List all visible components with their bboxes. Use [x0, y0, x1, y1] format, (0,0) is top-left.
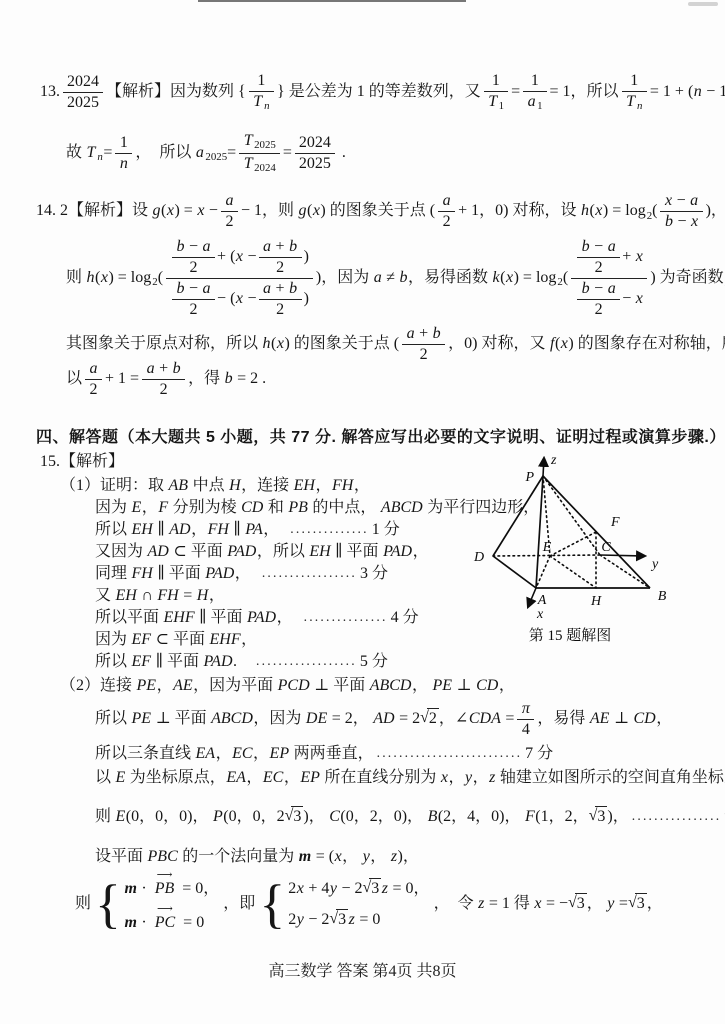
figure-question-15: P z D E C y F A H B x 第 15 题解图 — [460, 448, 690, 653]
solution-line-15-2-1: （2）连接 PE，AE，因为平面 PCD ⊥ 平面 ABCD， PE ⊥ CD， — [60, 676, 515, 697]
figure-caption: 第 15 题解图 — [529, 627, 612, 644]
label-x-axis: x — [536, 607, 544, 622]
question-15-header: 15.【解析】 — [40, 452, 124, 473]
solution-line-15-1-7: 所以平面 EHF ∥ 平面 PAD， ...............4 分 — [95, 608, 419, 629]
solution-line-15-1-6: 又 EH ∩ FH = H， — [95, 586, 225, 607]
label-A: A — [537, 593, 547, 608]
solution-line-15-2-5: 则 E(0，0，0)， P(0，0，2√3)， C(0，2，0)， B(2，4，… — [95, 806, 725, 828]
solution-line-15-1-8: 因为 EF ⊂ 平面 EHF， — [95, 630, 257, 651]
solution-line-15-2-7: 则{m · ⟶PB = 0，m · ⟶PC = 0，即{2x + 4y − 2√… — [75, 875, 663, 934]
scan-artifact-top-smudge — [688, 2, 718, 6]
label-C: C — [601, 540, 611, 555]
label-F: F — [610, 515, 620, 530]
solution-line-14-3: 其图象关于原点对称，所以 h(x) 的图象关于点 (a + b2，0) 对称，又… — [66, 325, 725, 364]
solution-line-14-1: 14. 2【解析】设 g(x) = x −a2− 1，则 g(x) 的图象关于点… — [36, 192, 725, 231]
solution-line-15-1-9: 所以 EF ∥ 平面 PAD. ..................5 分 — [95, 652, 388, 673]
page-footer: 高三数学 答案 第4页 共8页 — [0, 958, 725, 981]
solution-line-15-1-5: 同理 FH ∥ 平面 PAD， .................3 分 — [95, 564, 388, 585]
solution-line-13-1: 13.20242025【解析】因为数列 {1Tn} 是公差为 1 的等差数列，又… — [40, 72, 725, 113]
solution-line-15-1-3: 所以 EH ∥ AD，FH ∥ PA， ..............1 分 — [95, 520, 400, 541]
hidden-dotted-edges — [493, 476, 650, 588]
solution-line-15-2-6: 设平面 PBC 的一个法向量为 m = (x， y， z)， — [95, 847, 419, 868]
solution-line-15-1-1: （1）证明：取 AB 中点 H，连接 EH，FH， — [60, 476, 370, 497]
solution-line-14-4: 以a2+ 1 =a + b2，得 b = 2 . — [66, 360, 266, 399]
section-4-heading: 四、解答题（本大题共 5 小题，共 77 分. 解答应写出必要的文字说明、证明过… — [36, 428, 725, 449]
solution-line-14-2: 则 h(x) = log2(b − a2+ (x −a + b2)b − a2−… — [66, 238, 725, 319]
solution-line-15-2-3: 所以三条直线 EA，EC，EP 两两垂直，...................… — [95, 744, 553, 765]
label-P: P — [524, 470, 534, 485]
label-D: D — [473, 550, 484, 565]
solution-line-15-2-4: 以 E 为坐标原点，EA，EC，EP 所在直线分别为 x，y，z 轴建立如图所示… — [95, 768, 725, 789]
answer-sheet-page: 13.20242025【解析】因为数列 {1Tn} 是公差为 1 的等差数列，又… — [0, 0, 725, 1024]
solution-line-15-2-2: 所以 PE ⊥ 平面 ABCD，因为 DE = 2， AD = 2√2，∠CDA… — [95, 700, 672, 739]
solution-line-13-2: 故 Tn=1n， 所以 a2025=T2025T2024=20242025 . — [66, 132, 346, 174]
label-E: E — [542, 540, 552, 555]
scan-artifact-top-line — [198, 0, 466, 2]
figure-15-diagram: P z D E C y F A H B x 第 15 题解图 — [460, 448, 690, 653]
vertex-labels: P z D E C y F A H B x — [473, 453, 667, 622]
label-H: H — [590, 594, 602, 609]
solution-line-15-1-4: 又因为 AD ⊂ 平面 PAD，所以 EH ∥ 平面 PAD， — [95, 542, 429, 563]
label-y-axis: y — [650, 557, 659, 572]
label-z-axis: z — [550, 453, 557, 468]
label-B: B — [658, 589, 667, 604]
